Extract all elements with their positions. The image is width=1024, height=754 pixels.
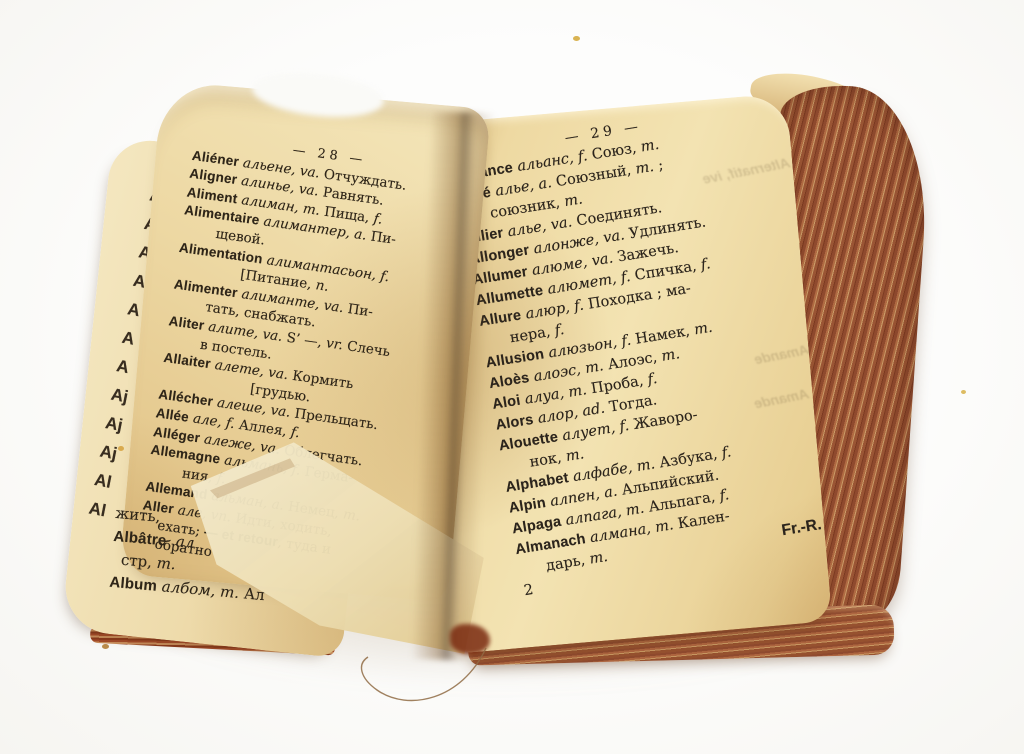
entry-text: албом, m.: [156, 577, 244, 603]
paper-speck: [573, 36, 580, 41]
entry-text: m.: [565, 446, 586, 465]
headword: Alpin: [508, 495, 547, 517]
entry-text: m.: [156, 554, 176, 574]
entry-text: m.: [660, 346, 681, 365]
paper-speck: [961, 390, 966, 394]
photo-background: { "book": { "left_page": { "lines": [ [[…: [0, 0, 1024, 754]
entry-text: f.: [718, 487, 730, 504]
headword: Aliter: [168, 313, 205, 333]
entry-text: жить,: [115, 504, 161, 526]
entry-text: ;: [653, 157, 665, 174]
entry-text: стр,: [111, 550, 158, 572]
entry-text: f.: [647, 371, 659, 388]
headword: Aloi: [491, 393, 521, 413]
entry-text: m.: [588, 549, 609, 568]
entry-text: f.: [373, 210, 384, 227]
entry-text: f.: [554, 322, 566, 339]
entry-text: m.: [693, 320, 714, 339]
entry-text: Пи-: [347, 301, 374, 320]
headword: Allée: [155, 405, 190, 424]
headword: Alors: [495, 412, 535, 434]
paper-speck: [102, 644, 109, 649]
entry-text: m.: [640, 137, 661, 156]
entry-text: f.: [290, 424, 301, 441]
entry-text: ал: [166, 532, 195, 552]
entry-text: m.: [563, 191, 584, 210]
paper-speck: [118, 446, 124, 451]
red-edge-smudge: [450, 624, 490, 654]
entry-text: f.: [721, 444, 733, 461]
entry-text: Пи-: [370, 229, 397, 248]
entry-text: f.: [700, 256, 712, 273]
sheet-number: 2: [521, 582, 535, 600]
entry-text: n.: [315, 277, 330, 295]
headword: Album: [109, 574, 158, 595]
headword: Albâtre: [113, 528, 167, 550]
